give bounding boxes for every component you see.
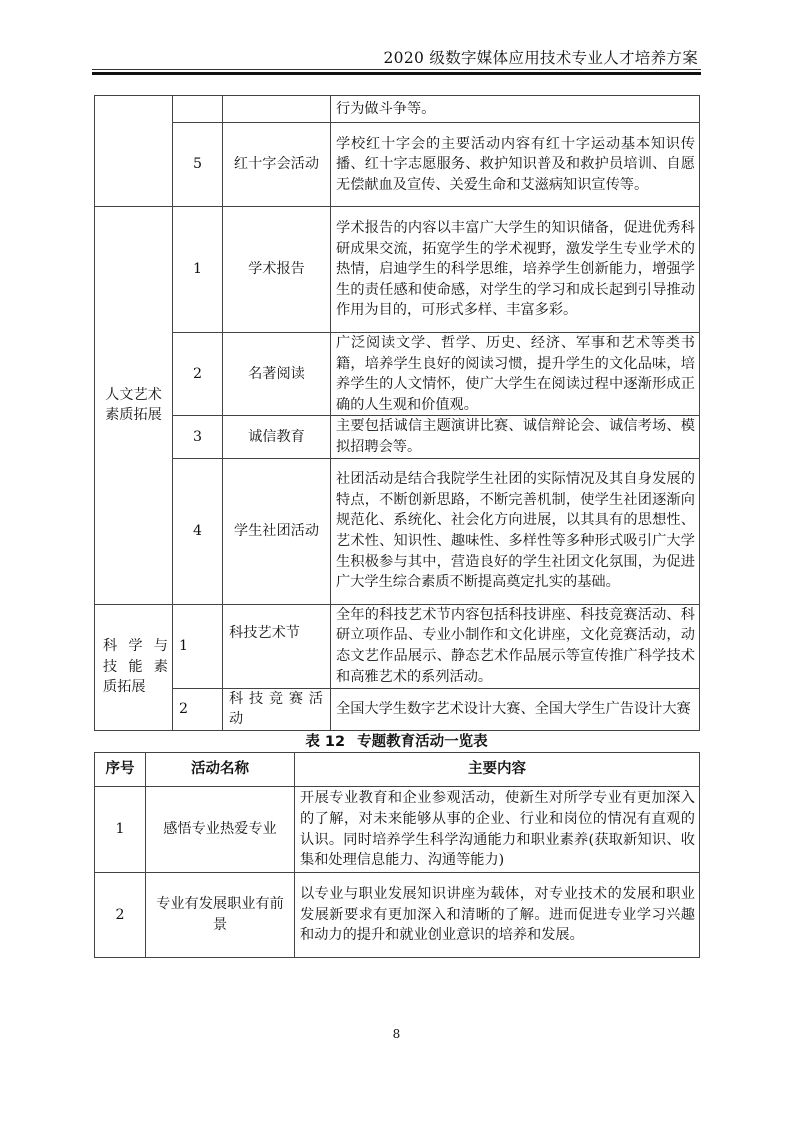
activity-name: 学术报告 [223,207,331,333]
table-row: 科 学 与 技 能 素 质拓展 1 科技艺术节 全年的科技艺术节内容包括科技讲座… [95,604,700,688]
table-12-caption: 表 12专题教育活动一览表 [94,730,699,751]
table-row: 4 学生社团活动 社团活动是结合我院学生社团的实际情况及其自身发展的特点，不断创… [95,458,700,604]
activity-name: 学生社团活动 [223,458,331,604]
row-number: 3 [173,416,223,458]
activity-content: 全国大学生数字艺术设计大赛、全国大学生广告设计大赛 [331,688,700,730]
header-rule-thick [92,72,701,75]
activity-content: 社团活动是结合我院学生社团的实际情况及其自身发展的特点，不断创新思路，不断完善机… [331,458,700,604]
row-number: 1 [173,604,223,688]
table-row: 2 专业有发展职业有前景 以专业与职业发展知识讲座为载体，对专业技术的发展和职业… [95,873,700,958]
table-header-row: 序号 活动名称 主要内容 [95,753,700,787]
extracurricular-activities-table: 行为做斗争等。 5 红十字会活动 学校红十字会的主要活动内容有红十字运动基本知识… [94,95,700,731]
row-number: 2 [95,873,146,958]
document-header-title: 2020 级数字媒体应用技术专业人才培养方案 [380,46,698,68]
table-row: 2 名著阅读 广泛阅读文学、哲学、历史、经济、军事和艺术等类书籍，培养学生良好的… [95,333,700,416]
table-row: 人文艺术素质拓展 1 学术报告 学术报告的内容以丰富广大学生的知识储备，促进优秀… [95,207,700,333]
activity-content: 学校红十字会的主要活动内容有红十字运动基本知识传播、红十字志愿服务、救护知识普及… [331,123,700,207]
category-humanities-arts: 人文艺术素质拓展 [95,207,173,605]
row-number: 5 [173,123,223,207]
activity-content: 主要包括诚信主题演讲比赛、诚信辩论会、诚信考场、模拟招聘会等。 [331,416,700,458]
page-number: 8 [0,1027,793,1041]
table-row: 5 红十字会活动 学校红十字会的主要活动内容有红十字运动基本知识传播、红十字志愿… [95,123,700,207]
activity-content: 学术报告的内容以丰富广大学生的知识储备，促进优秀科研成果交流，拓宽学生的学术视野… [331,207,700,333]
activity-content: 以专业与职业发展知识讲座为载体，对专业技术的发展和职业发展新要求有更加深入和清晰… [295,873,700,958]
header-serial-number: 序号 [95,753,146,787]
activity-name: 红十字会活动 [223,123,331,207]
activity-content: 全年的科技艺术节内容包括科技讲座、科技竞赛活动、科研立项作品、专业小制作和文化讲… [331,604,700,688]
activity-name: 专业有发展职业有前景 [146,873,295,958]
activity-name: 科技艺术节 [223,604,331,688]
activity-content: 广泛阅读文学、哲学、历史、经济、军事和艺术等类书籍，培养学生良好的阅读习惯，提升… [331,333,700,416]
activity-name: 诚信教育 [223,416,331,458]
row-number [173,96,223,123]
row-number: 1 [95,787,146,873]
activity-content: 开展专业教育和企业参观活动，使新生对所学专业有更加深入的了解，对未来能够从事的企… [295,787,700,873]
row-number: 4 [173,458,223,604]
header-activity-name: 活动名称 [146,753,295,787]
row-number: 2 [173,333,223,416]
category-cell-continued [95,96,173,207]
table-row: 行为做斗争等。 [95,96,700,123]
table-row: 2 科技竞赛活动 全国大学生数字艺术设计大赛、全国大学生广告设计大赛 [95,688,700,730]
header-rule-thin [92,69,701,70]
caption-number: 表 12 [305,734,345,750]
row-number: 2 [173,688,223,730]
table-row: 1 感悟专业热爱专业 开展专业教育和企业参观活动，使新生对所学专业有更加深入的了… [95,787,700,873]
activity-name: 名著阅读 [223,333,331,416]
activity-content: 行为做斗争等。 [331,96,700,123]
table-row: 3 诚信教育 主要包括诚信主题演讲比赛、诚信辩论会、诚信考场、模拟招聘会等。 [95,416,700,458]
caption-title: 专题教育活动一览表 [357,734,488,750]
activity-name: 感悟专业热爱专业 [146,787,295,873]
activity-name: 科技竞赛活动 [223,688,331,730]
header-main-content: 主要内容 [295,753,700,787]
special-education-activities-table: 序号 活动名称 主要内容 1 感悟专业热爱专业 开展专业教育和企业参观活动，使新… [94,752,700,958]
activity-name [223,96,331,123]
row-number: 1 [173,207,223,333]
category-science-skills: 科 学 与 技 能 素 质拓展 [95,604,173,730]
